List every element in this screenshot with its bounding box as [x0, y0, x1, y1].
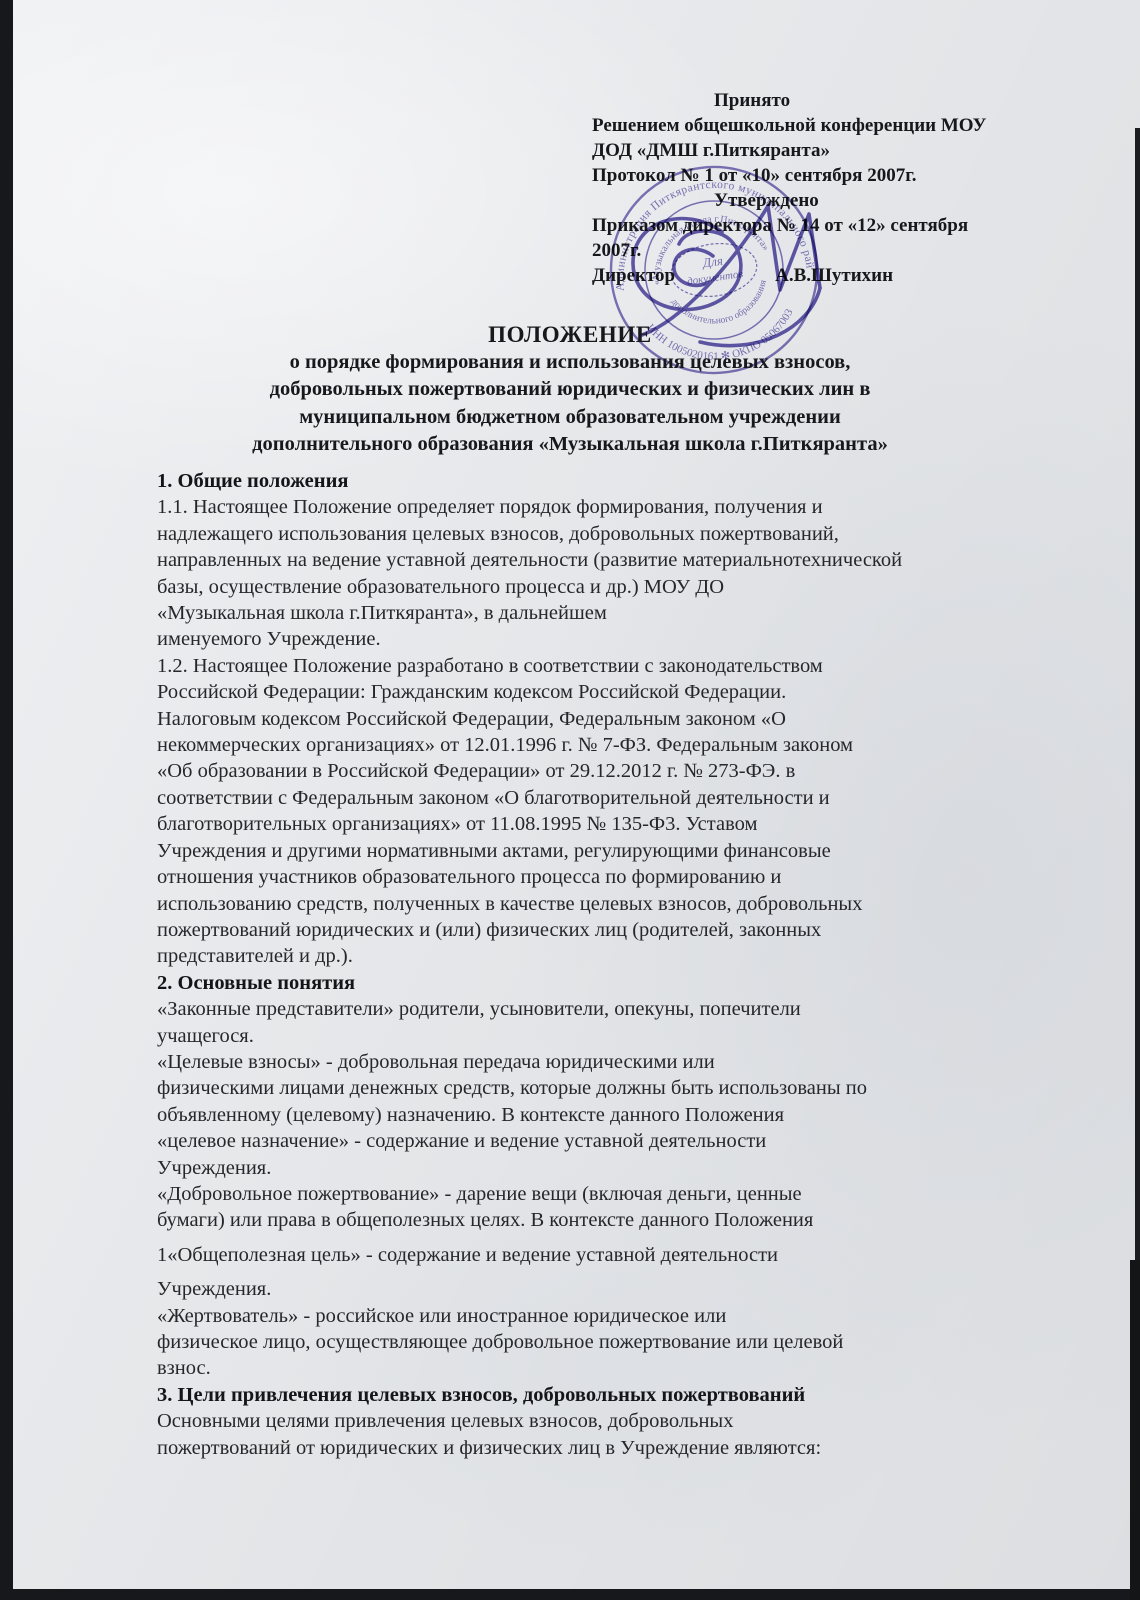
approval-approved-label: Утверждено: [592, 188, 1042, 213]
body-line: «Жертвователь» - российское или иностран…: [157, 1303, 1025, 1329]
body-line: представителей и др.).: [157, 943, 1025, 969]
body-line: физическими лицами денежных средств, кот…: [157, 1075, 1025, 1101]
body-line: 1«Общеполезная цель» - содержание и веде…: [157, 1242, 1025, 1268]
body-line: Учреждения и другими нормативными актами…: [157, 838, 1025, 864]
body-line: Основными целями привлечения целевых взн…: [157, 1408, 1025, 1434]
body-line: бумаги) или права в общеполезных целях. …: [157, 1207, 1025, 1233]
director-name: А.В.Шутихин: [775, 263, 893, 288]
body-line: благотворительных организациях» от 11.08…: [157, 811, 1025, 837]
body-line: Учреждения.: [157, 1155, 1025, 1181]
body-line: 1.1. Настоящее Положение определяет поря…: [157, 494, 1025, 520]
signature-gap: [675, 263, 775, 288]
body-line: именуемого Учреждение.: [157, 626, 1025, 652]
title-line: о порядке формирования и использования ц…: [70, 349, 1070, 377]
body-line: пожертвований юридических и (или) физиче…: [157, 917, 1025, 943]
body-line: физическое лицо, осуществляющее добровол…: [157, 1329, 1025, 1355]
approval-line: Приказом директора № 14 от «12» сентября: [592, 213, 1042, 238]
body-line: отношения участников образовательного пр…: [157, 864, 1025, 890]
body-line: пожертвований от юридических и физически…: [157, 1435, 1025, 1461]
body-line: Российской Федерации: Гражданским кодекс…: [157, 679, 1025, 705]
approval-line: Протокол № 1 от «10» сентября 2007г.: [592, 163, 1042, 188]
title-line: дополнительного образования «Музыкальная…: [70, 431, 1070, 459]
title-block: ПОЛОЖЕНИЕо порядке формирования и исполь…: [70, 321, 1070, 459]
body-line: надлежащего использования целевых взносо…: [157, 521, 1025, 547]
scan-edge-right-lower: [1130, 1260, 1140, 1600]
director-signature-line: Директор А.В.Шутихин: [592, 263, 1042, 288]
body-line: «Законные представители» родители, усыно…: [157, 996, 1025, 1022]
scan-edge-bottom: [0, 1589, 1140, 1600]
section-2-heading: 2. Основные понятия: [157, 970, 1025, 996]
title-line: добровольных пожертвований юридических и…: [70, 376, 1070, 404]
body-line: некоммерческих организациях» от 12.01.19…: [157, 732, 1025, 758]
title-line: муниципальном бюджетном образовательном …: [70, 404, 1070, 432]
document-title: ПОЛОЖЕНИЕ: [70, 321, 1070, 349]
body-line: взнос.: [157, 1355, 1025, 1381]
body-line: «Музыкальная школа г.Питкяранта», в даль…: [157, 600, 1025, 626]
approval-line: Решением общешкольной конференции МОУ: [592, 113, 1042, 138]
scan-edge-left: [0, 0, 13, 1600]
body-line: использованию средств, полученных в каче…: [157, 891, 1025, 917]
approval-block: ПринятоРешением общешкольной конференции…: [592, 88, 1042, 288]
body-line: «целевое назначение» - содержание и веде…: [157, 1128, 1025, 1154]
body-line: направленных на ведение уставной деятель…: [157, 547, 1025, 573]
body-line: объявленному (целевому) назначению. В ко…: [157, 1102, 1025, 1128]
approval-accepted-label: Принято: [592, 88, 1042, 113]
scanned-document-page: ПринятоРешением общешкольной конференции…: [0, 0, 1140, 1600]
body-line: «Об образовании в Российской Федерации» …: [157, 758, 1025, 784]
director-label: Директор: [592, 263, 675, 288]
section-3-heading: 3. Цели привлечения целевых взносов, доб…: [157, 1382, 1025, 1408]
approval-lines: ПринятоРешением общешкольной конференции…: [592, 88, 1042, 263]
body-line: Учреждения.: [157, 1276, 1025, 1302]
body-line: соответствии с Федеральным законом «О бл…: [157, 785, 1025, 811]
section-1-heading: 1. Общие положения: [157, 468, 1025, 494]
approval-line: 2007г.: [592, 238, 1042, 263]
approval-line: ДОД «ДМШ г.Питкяранта»: [592, 138, 1042, 163]
body-line: 1.2. Настоящее Положение разработано в с…: [157, 653, 1025, 679]
body-line: «Добровольное пожертвование» - дарение в…: [157, 1181, 1025, 1207]
body-line: базы, осуществление образовательного про…: [157, 574, 1025, 600]
body-line: учащегося.: [157, 1023, 1025, 1049]
body-line: Налоговым кодексом Российской Федерации,…: [157, 706, 1025, 732]
body-line: «Целевые взносы» - добровольная передача…: [157, 1049, 1025, 1075]
document-body: 1. Общие положения1.1. Настоящее Положен…: [157, 468, 1025, 1461]
